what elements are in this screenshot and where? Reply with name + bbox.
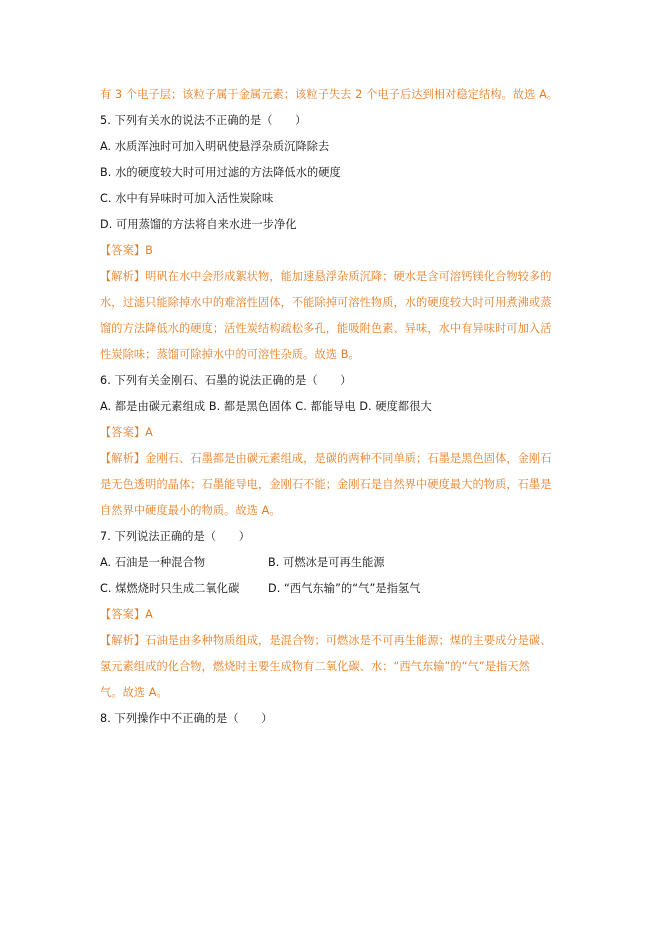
analysis-text: 金刚石、石墨都是由碳元素组成，是碳的两种不同单质；石墨是黑色固体，金刚石: [145, 452, 551, 465]
q7-options-row-1: A. 石油是一种混合物B. 可燃冰是可再生能源: [100, 550, 564, 576]
q5-question: 5. 下列有关水的说法不正确的是（ ）: [100, 108, 564, 134]
q7-option-a: A. 石油是一种混合物: [100, 550, 268, 576]
q6-analysis-line-3: 自然界中硬度最小的物质。故选 A。: [100, 498, 564, 524]
q5-option-d: D. 可用蒸馏的方法将自来水进一步净化: [100, 212, 564, 238]
q8-question: 8. 下列操作中不正确的是（ ）: [100, 706, 564, 732]
q5-option-b: B. 水的硬度较大时可用过滤的方法降低水的硬度: [100, 160, 564, 186]
q6-analysis-line-2: 是无色透明的晶体；石墨能导电，金刚石不能；金刚石是自然界中硬度最大的物质，石墨是: [100, 472, 564, 498]
q5-analysis-line-3: 馏的方法降低水的硬度；活性炭结构疏松多孔，能吸附色素、异味，水中有异味时可加入活: [100, 316, 564, 342]
analysis-label: 【解析】: [100, 452, 145, 465]
analysis-label: 【解析】: [100, 270, 145, 283]
analysis-text: 明矾在水中会形成絮状物，能加速悬浮杂质沉降；硬水是含可溶钙镁化合物较多的: [145, 270, 551, 283]
q5-analysis-line-2: 水，过滤只能除掉水中的难溶性固体，不能除掉可溶性物质，水的硬度较大时可用煮沸或蒸: [100, 290, 564, 316]
q6-answer: 【答案】A: [100, 420, 564, 446]
answer-value: B: [145, 244, 153, 257]
q6-question: 6. 下列有关金刚石、石墨的说法正确的是（ ）: [100, 368, 564, 394]
q7-option-d: D. “西气东输”的“气”是指氢气: [268, 576, 421, 602]
answer-value: A: [145, 426, 153, 439]
document-page: 有 3 个电子层；该粒子属于金属元素；该粒子失去 2 个电子后达到相对稳定结构。…: [100, 82, 564, 732]
q7-analysis-line-1: 【解析】石油是由多种物质组成，是混合物；可燃冰是不可再生能源；煤的主要成分是碳、: [100, 628, 564, 654]
answer-label: 【答案】: [100, 244, 145, 257]
q6-analysis-line-1: 【解析】金刚石、石墨都是由碳元素组成，是碳的两种不同单质；石墨是黑色固体，金刚石: [100, 446, 564, 472]
previous-analysis-tail: 有 3 个电子层；该粒子属于金属元素；该粒子失去 2 个电子后达到相对稳定结构。…: [100, 82, 564, 108]
answer-label: 【答案】: [100, 608, 145, 621]
analysis-label: 【解析】: [100, 634, 145, 647]
answer-label: 【答案】: [100, 426, 145, 439]
q7-option-b: B. 可燃冰是可再生能源: [268, 550, 385, 576]
q6-options: A. 都是由碳元素组成 B. 都是黑色固体 C. 都能导电 D. 硬度都很大: [100, 394, 564, 420]
q7-question: 7. 下列说法正确的是（ ）: [100, 524, 564, 550]
q5-analysis-line-1: 【解析】明矾在水中会形成絮状物，能加速悬浮杂质沉降；硬水是含可溶钙镁化合物较多的: [100, 264, 564, 290]
q7-answer: 【答案】A: [100, 602, 564, 628]
q7-analysis-line-3: 气。故选 A。: [100, 680, 564, 706]
q7-options-row-2: C. 煤燃烧时只生成二氧化碳D. “西气东输”的“气”是指氢气: [100, 576, 564, 602]
q5-analysis-line-4: 性炭除味；蒸馏可除掉水中的可溶性杂质。故选 B。: [100, 342, 564, 368]
q5-option-a: A. 水质浑浊时可加入明矾使悬浮杂质沉降除去: [100, 134, 564, 160]
q5-answer: 【答案】B: [100, 238, 564, 264]
q7-option-c: C. 煤燃烧时只生成二氧化碳: [100, 576, 268, 602]
answer-value: A: [145, 608, 153, 621]
q5-option-c: C. 水中有异味时可加入活性炭除味: [100, 186, 564, 212]
analysis-text: 石油是由多种物质组成，是混合物；可燃冰是不可再生能源；煤的主要成分是碳、: [145, 634, 551, 647]
q7-analysis-line-2: 氢元素组成的化合物，燃烧时主要生成物有二氧化碳、水；“西气东输”的“气”是指天然: [100, 654, 564, 680]
